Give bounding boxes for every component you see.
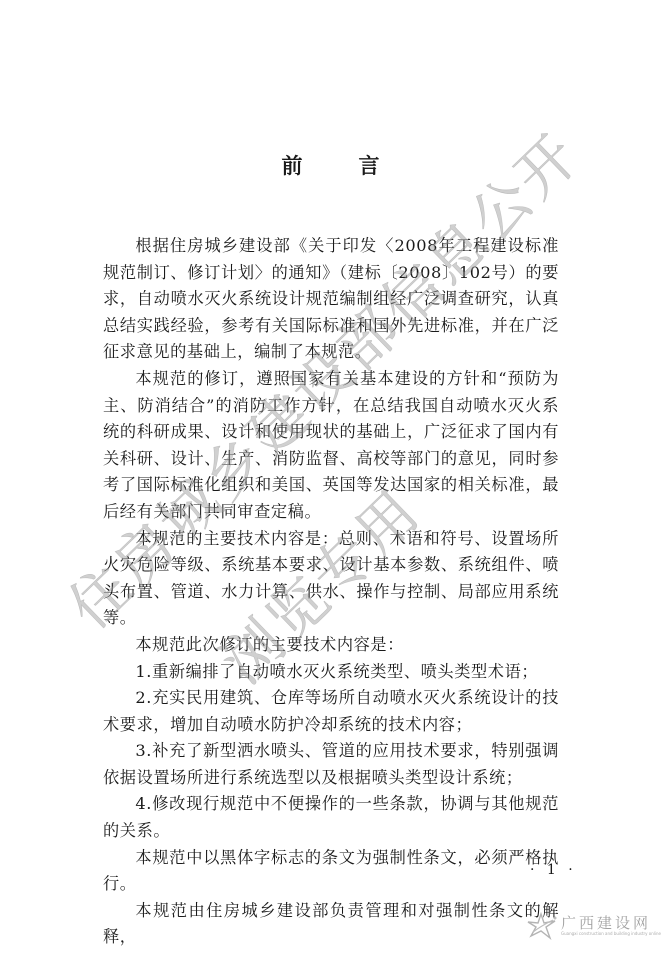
preface-body: 根据住房城乡建设部《关于印发〈2008年工程建设标准规范制订、修订计划〉的通知》… [103,233,559,951]
paragraph-revision-principles: 本规范的修订，遵照国家有关基本建设的方针和“预防为主、防消结合”的消防工作方针，… [103,366,559,526]
list-item-2: 2.充实民用建筑、仓库等场所自动喷水灭火系统设计的技术要求，增加自动喷水防护冷却… [103,685,559,738]
title-char-2: 言 [359,150,380,180]
paragraph-background: 根据住房城乡建设部《关于印发〈2008年工程建设标准规范制订、修订计划〉的通知》… [103,233,559,366]
page-title: 前言 [0,150,661,180]
paragraph-management: 本规范由住房城乡建设部负责管理和对强制性条文的解释， [103,898,559,951]
logo-subtitle: Guangxi construction and building indust… [561,931,661,937]
paragraph-mandatory-clauses: 本规范中以黑体字标志的条文为强制性条文，必须严格执行。 [103,845,559,898]
title-char-1: 前 [282,150,303,180]
star-logo-icon [527,912,557,940]
paragraph-main-contents: 本规范的主要技术内容是：总则、术语和符号、设置场所火灾危险等级、系统基本要求、设… [103,526,559,632]
site-logo: 广西建设网 Guangxi construction and building … [527,912,661,940]
document-page: 前言 根据住房城乡建设部《关于印发〈2008年工程建设标准规范制订、修订计划〉的… [0,0,661,958]
page-number: · 1 · [530,862,577,878]
list-item-3: 3.补充了新型洒水喷头、管道的应用技术要求，特别强调依据设置场所进行系统选型以及… [103,738,559,791]
logo-name: 广西建设网 [561,915,661,931]
list-item-4: 4.修改现行规范中不便操作的一些条款，协调与其他规范的关系。 [103,791,559,844]
list-item-1: 1.重新编排了自动喷水灭火系统类型、喷头类型术语； [103,659,559,686]
paragraph-revision-intro: 本规范此次修订的主要技术内容是： [103,632,559,659]
